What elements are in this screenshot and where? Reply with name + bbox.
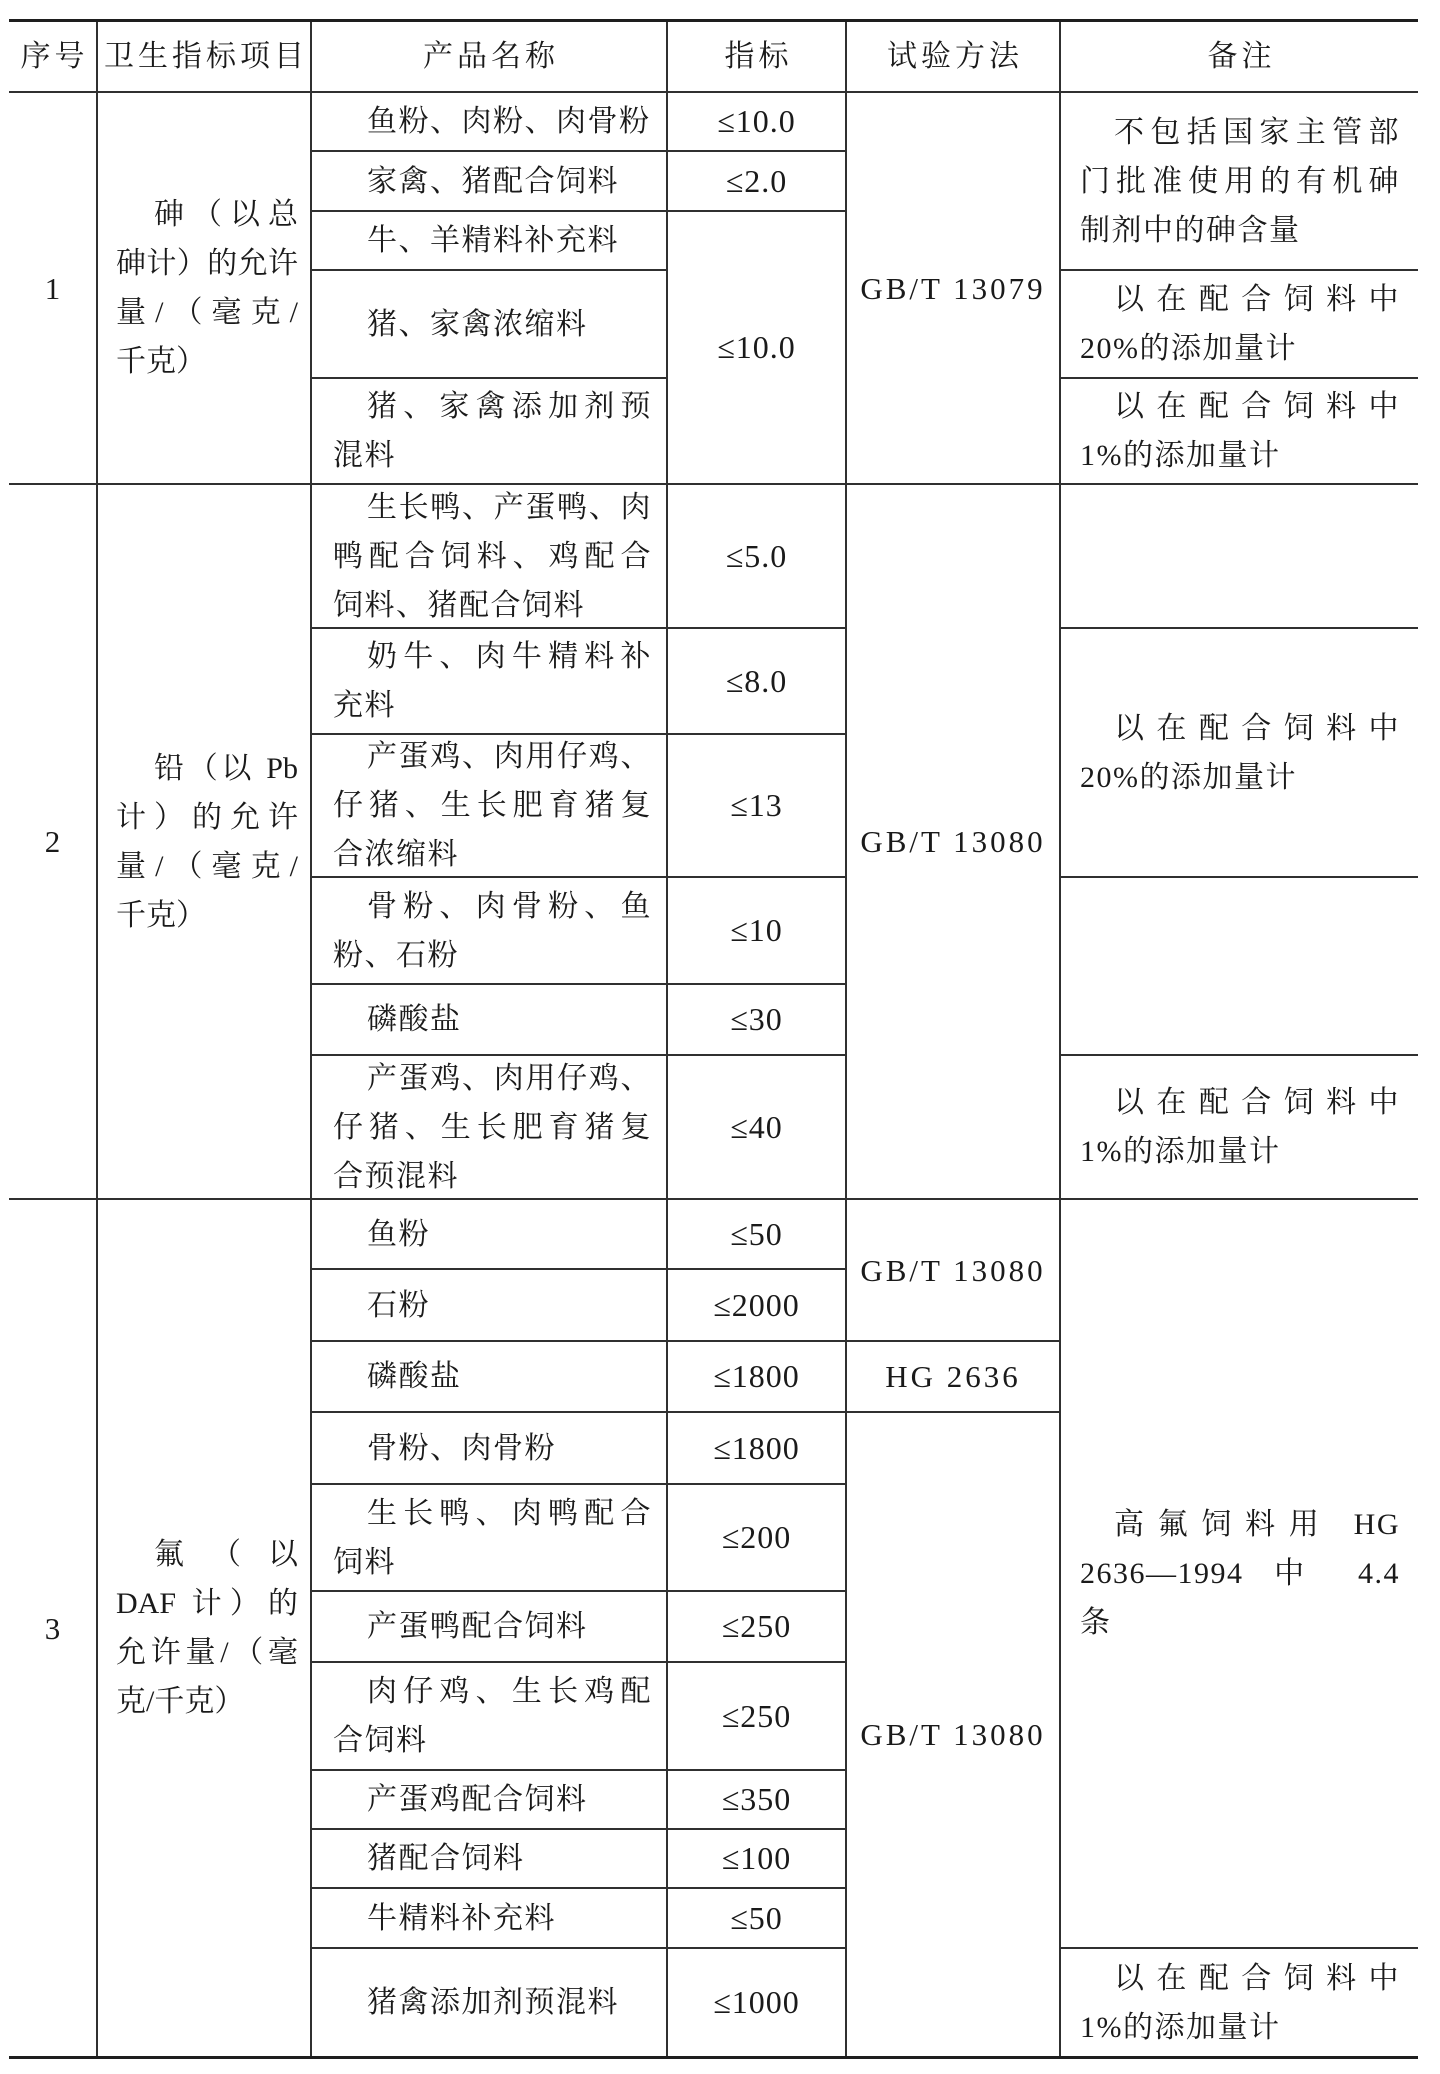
product-cell: 产蛋鸡、肉用仔鸡、仔猪、生长肥育猪复合浓缩料 [312, 735, 668, 878]
text-line: 饲料、猪配合饲料 [333, 581, 652, 630]
text-line: 门批准使用的有机砷 [1080, 157, 1400, 206]
product-cell: 鱼粉、肉粉、肉骨粉 [312, 93, 668, 152]
text-line: 铅（以 Pb [116, 744, 298, 793]
limit-cell: ≤8.0 [668, 629, 847, 735]
product-cell: 石粉 [312, 1270, 668, 1342]
text-line: 饲料 [333, 1538, 652, 1587]
text-line: 仔猪、生长肥育猪复 [333, 781, 652, 830]
text-line: 高氟饲料用 HG [1080, 1500, 1400, 1549]
product-cell: 牛精料补充料 [312, 1889, 668, 1949]
product-cell: 骨粉、肉骨粉、鱼粉、石粉 [312, 878, 668, 985]
text-line: 合饲料 [333, 1716, 652, 1765]
column-header-item: 卫生指标项目 [98, 22, 312, 93]
text-line: 产蛋鸭配合饲料 [333, 1602, 652, 1651]
text-line: 2636—1994 中 4.4 [1080, 1549, 1400, 1598]
text-line: 鱼粉 [333, 1210, 652, 1259]
remark-cell: 以在配合饲料中1%的添加量计 [1061, 1056, 1418, 1200]
limit-cell: ≤10.0 [668, 212, 847, 485]
item-cell: 铅（以 Pb计）的允许量/（毫克/千克） [98, 485, 312, 1200]
column-header-method: 试验方法 [847, 22, 1061, 93]
text-line: 1%的添加量计 [1080, 1127, 1400, 1176]
text-line: 仔猪、生长肥育猪复 [333, 1103, 652, 1152]
limit-cell: ≤50 [668, 1889, 847, 1949]
text-line: DAF 计）的 [116, 1579, 298, 1628]
remark-cell: 以在配合饲料中20%的添加量计 [1061, 271, 1418, 379]
product-cell: 猪、家禽浓缩料 [312, 271, 668, 379]
seq-cell: 2 [9, 485, 98, 1200]
text-line: 1%的添加量计 [1080, 431, 1400, 480]
text-line: 石粉 [333, 1281, 652, 1330]
text-line: 产蛋鸡、肉用仔鸡、 [333, 1054, 652, 1103]
text-line: 磷酸盐 [333, 995, 652, 1044]
text-line: 量/（毫克/ [116, 288, 298, 337]
text-line: 鱼粉、肉粉、肉骨粉 [333, 97, 652, 146]
remark-cell: 以在配合饲料中20%的添加量计 [1061, 629, 1418, 878]
text-line: 肉仔鸡、生长鸡配 [333, 1667, 652, 1716]
text-line: 家禽、猪配合饲料 [333, 157, 652, 206]
text-line: 充料 [333, 681, 652, 730]
text-line: 合预混料 [333, 1152, 652, 1201]
product-cell: 猪禽添加剂预混料 [312, 1949, 668, 2056]
text-line: 牛、羊精料补充料 [333, 216, 652, 265]
text-line: 量/（毫克/ [116, 842, 298, 891]
text-line: 氟（以 [116, 1530, 298, 1579]
product-cell: 家禽、猪配合饲料 [312, 152, 668, 212]
limit-cell: ≤2000 [668, 1270, 847, 1342]
seq-cell: 3 [9, 1200, 98, 2056]
product-cell: 生长鸭、肉鸭配合饲料 [312, 1485, 668, 1592]
product-cell: 奶牛、肉牛精料补充料 [312, 629, 668, 735]
seq-cell: 1 [9, 93, 98, 485]
limit-cell: ≤250 [668, 1592, 847, 1663]
limit-cell: ≤1800 [668, 1342, 847, 1413]
limit-cell: ≤40 [668, 1056, 847, 1200]
text-line: 生长鸭、肉鸭配合 [333, 1489, 652, 1538]
remark-cell: 以在配合饲料中1%的添加量计 [1061, 1949, 1418, 2056]
text-line: 混料 [333, 431, 652, 480]
product-cell: 磷酸盐 [312, 1342, 668, 1413]
product-cell: 产蛋鸭配合饲料 [312, 1592, 668, 1663]
text-line: 猪配合饲料 [333, 1834, 652, 1883]
limit-cell: ≤350 [668, 1771, 847, 1830]
text-line: 产蛋鸡配合饲料 [333, 1775, 652, 1824]
text-line: 牛精料补充料 [333, 1894, 652, 1943]
product-cell: 牛、羊精料补充料 [312, 212, 668, 271]
method-cell: GB/T 13080 [847, 485, 1061, 1200]
product-cell: 骨粉、肉骨粉 [312, 1413, 668, 1485]
product-cell: 产蛋鸡配合饲料 [312, 1771, 668, 1830]
product-cell: 产蛋鸡、肉用仔鸡、仔猪、生长肥育猪复合预混料 [312, 1056, 668, 1200]
text-line: 奶牛、肉牛精料补 [333, 632, 652, 681]
text-line: 20%的添加量计 [1080, 324, 1400, 373]
limit-cell: ≤1800 [668, 1413, 847, 1485]
remark-cell: 以在配合饲料中1%的添加量计 [1061, 379, 1418, 485]
text-line: 以在配合饲料中 [1080, 275, 1400, 324]
limit-cell: ≤10 [668, 878, 847, 985]
product-cell: 猪、家禽添加剂预混料 [312, 379, 668, 485]
method-cell: GB/T 13080 [847, 1200, 1061, 1342]
limit-cell: ≤30 [668, 985, 847, 1056]
text-line: 磷酸盐 [333, 1352, 652, 1401]
text-line: 猪、家禽浓缩料 [333, 300, 652, 349]
text-line: 以在配合饲料中 [1080, 704, 1400, 753]
remark-cell-empty [1061, 485, 1418, 629]
method-cell: GB/T 13079 [847, 93, 1061, 485]
column-header-seq: 序号 [9, 22, 98, 93]
text-line: 条 [1080, 1598, 1400, 1647]
text-line: 1%的添加量计 [1080, 2003, 1400, 2052]
column-header-remark: 备注 [1061, 22, 1418, 93]
text-line: 以在配合饲料中 [1080, 382, 1400, 431]
hygiene-standard-table: 序号 卫生指标项目 产品名称 指标 试验方法 备注 1 砷（以总砷计）的允许量/… [9, 19, 1418, 2059]
limit-cell: ≤50 [668, 1200, 847, 1270]
text-line: 砷（以总 [116, 190, 298, 239]
text-line: 制剂中的砷含量 [1080, 206, 1400, 255]
limit-cell: ≤5.0 [668, 485, 847, 629]
text-line: 计）的允许 [116, 793, 298, 842]
text-line: 千克） [116, 337, 298, 386]
product-cell: 磷酸盐 [312, 985, 668, 1056]
text-line: 以在配合饲料中 [1080, 1954, 1400, 2003]
text-line: 克/千克） [116, 1677, 298, 1726]
text-line: 20%的添加量计 [1080, 753, 1400, 802]
remark-cell: 高氟饲料用 HG2636—1994 中 4.4条 [1061, 1200, 1418, 1949]
text-line: 粉、石粉 [333, 931, 652, 980]
remark-cell: 不包括国家主管部门批准使用的有机砷制剂中的砷含量 [1061, 93, 1418, 271]
text-line: 合浓缩料 [333, 830, 652, 879]
limit-cell: ≤10.0 [668, 93, 847, 152]
text-line: 砷计）的允许 [116, 239, 298, 288]
text-line: 生长鸭、产蛋鸭、肉 [333, 483, 652, 532]
limit-cell: ≤100 [668, 1830, 847, 1889]
method-cell: GB/T 13080 [847, 1413, 1061, 2056]
text-line: 千克） [116, 891, 298, 940]
limit-cell: ≤2.0 [668, 152, 847, 212]
text-line: 猪禽添加剂预混料 [333, 1978, 652, 2027]
text-line: 骨粉、肉骨粉、鱼 [333, 882, 652, 931]
text-line: 以在配合饲料中 [1080, 1078, 1400, 1127]
item-cell: 砷（以总砷计）的允许量/（毫克/千克） [98, 93, 312, 485]
item-cell: 氟（以DAF 计）的允许量/（毫克/千克） [98, 1200, 312, 2056]
product-cell: 猪配合饲料 [312, 1830, 668, 1889]
product-cell: 鱼粉 [312, 1200, 668, 1270]
limit-cell: ≤1000 [668, 1949, 847, 2056]
limit-cell: ≤250 [668, 1663, 847, 1771]
product-cell: 生长鸭、产蛋鸭、肉鸭配合饲料、鸡配合饲料、猪配合饲料 [312, 485, 668, 629]
text-line: 允许量/（毫 [116, 1628, 298, 1677]
column-header-limit: 指标 [668, 22, 847, 93]
text-line: 猪、家禽添加剂预 [333, 382, 652, 431]
limit-cell: ≤13 [668, 735, 847, 878]
text-line: 产蛋鸡、肉用仔鸡、 [333, 732, 652, 781]
text-line: 不包括国家主管部 [1080, 108, 1400, 157]
product-cell: 肉仔鸡、生长鸡配合饲料 [312, 1663, 668, 1771]
method-cell: HG 2636 [847, 1342, 1061, 1413]
text-line: 骨粉、肉骨粉 [333, 1424, 652, 1473]
limit-cell: ≤200 [668, 1485, 847, 1592]
remark-cell-empty [1061, 878, 1418, 1056]
text-line: 鸭配合饲料、鸡配合 [333, 532, 652, 581]
column-header-product: 产品名称 [312, 22, 668, 93]
